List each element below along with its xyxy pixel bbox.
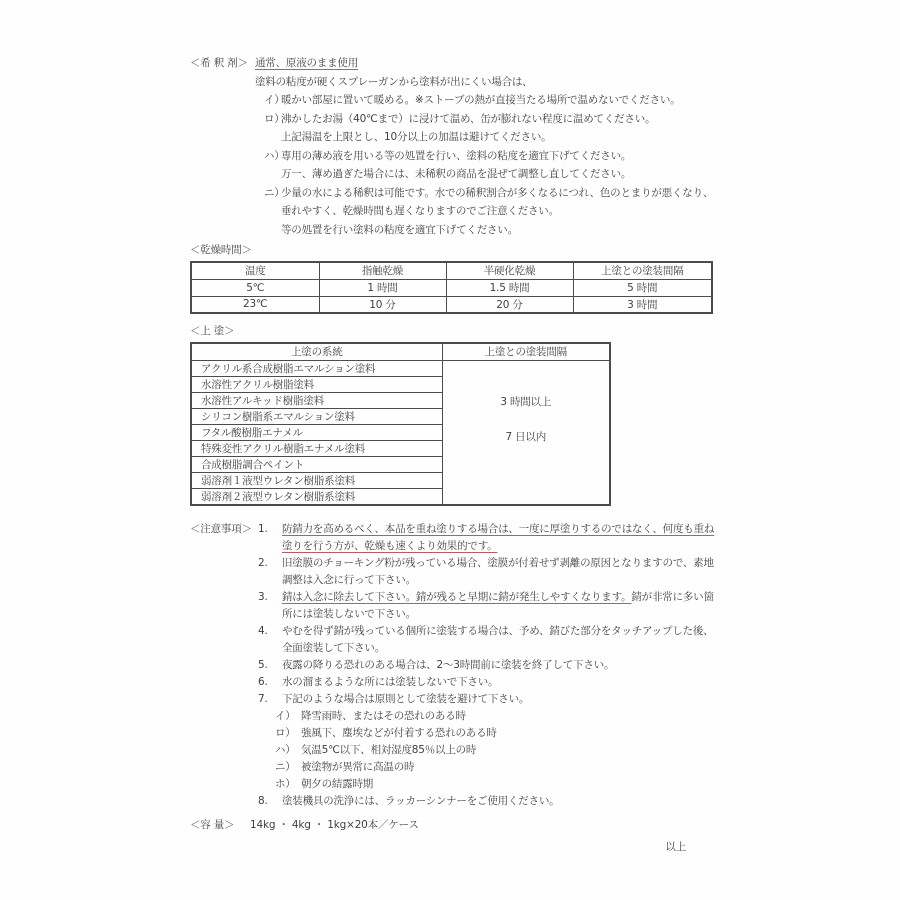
topcoat-system-cell: 合成樹脂調合ペイント xyxy=(191,456,442,472)
note-item-8-text: 塗装機具の洗浄には、ラッカーシンナーをご使用ください。 xyxy=(282,793,714,810)
drying-table-header-row: 温度 指触乾燥 半硬化乾燥 上塗との塗装間隔 xyxy=(191,262,712,279)
text-line: やむを得ず錆が残っている個所に塗装する場合は、予め、錆びた部分をタッチアップした… xyxy=(282,623,714,640)
closing-text: 以上 xyxy=(190,839,714,855)
topcoat-interval-values: 3 時間以上 7 日以内 xyxy=(443,361,610,444)
drying-header-temperature: 温度 xyxy=(191,262,319,279)
drying-cell: 1 時間 xyxy=(319,279,446,296)
drying-cell: 3 時間 xyxy=(573,296,712,313)
dilution-item-ni-marker: ニ） xyxy=(255,184,281,240)
text-line: 全面塗装して下さい。 xyxy=(282,640,714,657)
capacity-text: 14kg ・ 4kg ・ 1kg×20本／ケース xyxy=(236,817,419,833)
note-item-2-number: 2. xyxy=(258,555,282,589)
note-item-4-text: やむを得ず錆が残っている個所に塗装する場合は、予め、錆びた部分をタッチアップした… xyxy=(282,623,714,657)
topcoat-system-cell: 弱溶剤２液型ウレタン樹脂系塗料 xyxy=(191,488,442,505)
drying-header-topcoat-interval: 上塗との塗装間隔 xyxy=(573,262,712,279)
text-line: 防錆力を高めるべく、本品を重ね塗りする場合は、一度に厚塗りするのではなく、何度も… xyxy=(282,521,714,538)
drying-header-touch-dry: 指触乾燥 xyxy=(319,262,446,279)
sub-item-marker: ニ） xyxy=(275,759,301,776)
table-row: アクリル系合成樹脂エマルション塗料 3 時間以上 7 日以内 xyxy=(191,360,610,376)
sub-item-text: 朝夕の結露時期 xyxy=(301,776,373,793)
scanned-document-page: ＜希 釈 剤＞ 通常、原液のまま使用 塗料の粘度が硬くスプレーガンから塗料が出に… xyxy=(0,0,900,900)
drying-section-label: ＜乾燥時間＞ xyxy=(190,242,714,258)
underlined-text: 塗りを行う方が、乾燥も速くより効果的です。 xyxy=(282,540,497,552)
dilution-item-ro-lines: 沸かしたお湯（40℃まで）に浸けて温め、缶が膨れない程度に温めてください。 上記… xyxy=(281,110,655,147)
drying-cell: 20 分 xyxy=(446,296,573,313)
dilution-item-ha-marker: ハ） xyxy=(255,147,281,184)
note-item-5-text: 夜露の降りる恐れのある場合は、2～3時間前に塗装を終了して下さい。 xyxy=(282,657,714,674)
note-item-8: 8. 塗装機具の洗浄には、ラッカーシンナーをご使用ください。 xyxy=(258,793,714,810)
section-dilution: ＜希 釈 剤＞ 通常、原液のまま使用 塗料の粘度が硬くスプレーガンから塗料が出に… xyxy=(190,54,714,239)
note-item-7: 7. 下記のような場合は原則として塗装を避けて下さい。 xyxy=(258,691,714,708)
drying-time-table: 温度 指触乾燥 半硬化乾燥 上塗との塗装間隔 5℃ 1 時間 1.5 時間 5 … xyxy=(190,261,713,314)
drying-cell: 1.5 時間 xyxy=(446,279,573,296)
sub-item-marker: イ） xyxy=(275,708,301,725)
text-line: 上記湯温を上限とし、10分以上の加温は避けてください。 xyxy=(281,128,655,147)
drying-cell: 5℃ xyxy=(191,279,319,296)
notes-section-body: 1. 防錆力を高めるべく、本品を重ね塗りする場合は、一度に厚塗りするのではなく、… xyxy=(258,521,714,810)
section-notes: ＜注意事項＞ 1. 防錆力を高めるべく、本品を重ね塗りする場合は、一度に厚塗りす… xyxy=(190,521,714,810)
text-line: 沸かしたお湯（40℃まで）に浸けて温め、缶が膨れない程度に温めてください。 xyxy=(281,110,655,129)
underlined-text: 防錆力を高めるべく、本品を重ね塗りする場合は、一度に厚塗りするのではなく、何度も… xyxy=(282,523,714,535)
topcoat-header-interval: 上塗との塗装間隔 xyxy=(442,343,610,360)
note-item-2-text: 旧塗膜のチョーキング粉が残っている場合、塗膜が付着せず剥離の原因となりますので、… xyxy=(282,555,714,589)
text-line: 垂れやすく、乾燥時間も遅くなりますのでご注意ください。 xyxy=(281,202,713,221)
dilution-item-ni: ニ） 少量の水による稀釈は可能です。水での稀釈割合が多くなるにつれ、色のとまりが… xyxy=(255,184,713,240)
topcoat-header-system: 上塗の系統 xyxy=(191,343,442,360)
text-line: 旧塗膜のチョーキング粉が残っている場合、塗膜が付着せず剥離の原因となりますので、… xyxy=(282,555,714,572)
note-item-6-number: 6. xyxy=(258,674,282,691)
note-item-2: 2. 旧塗膜のチョーキング粉が残っている場合、塗膜が付着せず剥離の原因となります… xyxy=(258,555,714,589)
note-7-sub-item-ni: ニ） 被塗物が異常に高温の時 xyxy=(258,759,714,776)
text-line: 塗りを行う方が、乾燥も速くより効果的です。 xyxy=(282,538,714,555)
dilution-item-ha: ハ） 専用の薄め液を用いる等の処置を行い、塗料の粘度を適宜下げてください。 万一… xyxy=(255,147,713,184)
text-line: 等の処置を行い塗料の粘度を適宜下げてください。 xyxy=(281,221,713,240)
note-item-7-number: 7. xyxy=(258,691,282,708)
drying-header-semi-cured: 半硬化乾燥 xyxy=(446,262,573,279)
sub-item-text: 降雪雨時、またはその恐れのある時 xyxy=(301,708,466,725)
dilution-headline: 通常、原液のまま使用 xyxy=(255,54,713,73)
note-item-8-number: 8. xyxy=(258,793,282,810)
dilution-item-ha-lines: 専用の薄め液を用いる等の処置を行い、塗料の粘度を適宜下げてください。 万一、薄め… xyxy=(281,147,631,184)
topcoat-system-cell: 水溶性アルキッド樹脂塗料 xyxy=(191,392,442,408)
text-line: 調整は入念に行って下さい。 xyxy=(282,572,714,589)
topcoat-system-cell: 水溶性アクリル樹脂塗料 xyxy=(191,376,442,392)
topcoat-system-cell: アクリル系合成樹脂エマルション塗料 xyxy=(191,360,442,376)
drying-cell: 5 時間 xyxy=(573,279,712,296)
text-line: 専用の薄め液を用いる等の処置を行い、塗料の粘度を適宜下げてください。 xyxy=(281,147,631,166)
dilution-section-body: 通常、原液のまま使用 塗料の粘度が硬くスプレーガンから塗料が出にくい場合は、 イ… xyxy=(255,54,713,239)
text-line: 万一、薄め過ぎた場合には、未稀釈の商品を混ぜて調整し直してください。 xyxy=(281,165,631,184)
dilution-intro: 塗料の粘度が硬くスプレーガンから塗料が出にくい場合は、 xyxy=(255,73,713,92)
sub-item-text: 強風下、塵埃などが付着する恐れのある時 xyxy=(301,725,497,742)
note-item-4: 4. やむを得ず錆が残っている個所に塗装する場合は、予め、錆びた部分をタッチアッ… xyxy=(258,623,714,657)
document-content: ＜希 釈 剤＞ 通常、原液のまま使用 塗料の粘度が硬くスプレーガンから塗料が出に… xyxy=(190,54,714,855)
note-7-sub-item-ro: ロ） 強風下、塵埃などが付着する恐れのある時 xyxy=(258,725,714,742)
underlined-text: 錆は入念に除去して下さい。錆が残ると早期に錆が発生しやすくなります。 xyxy=(282,591,631,603)
note-item-1: 1. 防錆力を高めるべく、本品を重ね塗りする場合は、一度に厚塗りするのではなく、… xyxy=(258,521,714,555)
note-item-6-text: 水の溜まるような所には塗装しないで下さい。 xyxy=(282,674,714,691)
dilution-section-label: ＜希 釈 剤＞ xyxy=(190,54,255,239)
notes-section-label: ＜注意事項＞ xyxy=(190,521,258,810)
note-item-3-text: 錆は入念に除去して下さい。錆が残ると早期に錆が発生しやすくなります。錆が非常に多… xyxy=(282,589,714,623)
note-item-3-number: 3. xyxy=(258,589,282,623)
dilution-headline-text: 通常、原液のまま使用 xyxy=(255,57,358,69)
drying-cell: 10 分 xyxy=(319,296,446,313)
note-item-5: 5. 夜露の降りる恐れのある場合は、2～3時間前に塗装を終了して下さい。 xyxy=(258,657,714,674)
dilution-item-i-lines: 暖かい部屋に置いて暖める。※ストーブの熱が直接当たる場所で温めないでください。 xyxy=(281,91,680,110)
drying-cell: 23℃ xyxy=(191,296,319,313)
note-item-1-text: 防錆力を高めるべく、本品を重ね塗りする場合は、一度に厚塗りするのではなく、何度も… xyxy=(282,521,714,555)
note-item-5-number: 5. xyxy=(258,657,282,674)
plain-text: 錆が非常に多い箇 xyxy=(631,591,713,603)
table-row: 23℃ 10 分 20 分 3 時間 xyxy=(191,296,712,313)
sub-item-marker: ハ） xyxy=(275,742,301,759)
topcoat-table-header-row: 上塗の系統 上塗との塗装間隔 xyxy=(191,343,610,360)
note-item-1-number: 1. xyxy=(258,521,282,555)
note-7-sub-item-i: イ） 降雪雨時、またはその恐れのある時 xyxy=(258,708,714,725)
dilution-item-ro: ロ） 沸かしたお湯（40℃まで）に浸けて温め、缶が膨れない程度に温めてください。… xyxy=(255,110,713,147)
note-7-sub-item-ho: ホ） 朝夕の結露時期 xyxy=(258,776,714,793)
note-item-3: 3. 錆は入念に除去して下さい。錆が残ると早期に錆が発生しやすくなります。錆が非… xyxy=(258,589,714,623)
topcoat-table: 上塗の系統 上塗との塗装間隔 アクリル系合成樹脂エマルション塗料 3 時間以上 … xyxy=(190,342,611,506)
sub-item-text: 被塗物が異常に高温の時 xyxy=(301,759,414,776)
dilution-item-i-marker: イ） xyxy=(255,91,281,110)
text-line: 所には塗装しないで下さい。 xyxy=(282,606,714,623)
note-item-7-text: 下記のような場合は原則として塗装を避けて下さい。 xyxy=(282,691,714,708)
dilution-item-i: イ） 暖かい部屋に置いて暖める。※ストーブの熱が直接当たる場所で温めないでくださ… xyxy=(255,91,713,110)
dilution-item-ro-marker: ロ） xyxy=(255,110,281,147)
topcoat-system-cell: 弱溶剤１液型ウレタン樹脂系塗料 xyxy=(191,472,442,488)
sub-item-marker: ロ） xyxy=(275,725,301,742)
topcoat-system-cell: シリコン樹脂系エマルション塗料 xyxy=(191,408,442,424)
topcoat-interval-max: 7 日以内 xyxy=(505,429,546,444)
note-item-4-number: 4. xyxy=(258,623,282,657)
section-capacity: ＜容 量＞ 14kg ・ 4kg ・ 1kg×20本／ケース xyxy=(190,817,714,833)
capacity-section-label: ＜容 量＞ xyxy=(190,817,236,833)
note-item-6: 6. 水の溜まるような所には塗装しないで下さい。 xyxy=(258,674,714,691)
topcoat-system-cell: フタル酸樹脂エナメル xyxy=(191,424,442,440)
topcoat-interval-cell: 3 時間以上 7 日以内 xyxy=(442,360,610,505)
topcoat-system-cell: 特殊変性アクリル樹脂エナメル塗料 xyxy=(191,440,442,456)
sub-item-text: 気温5℃以下、相対湿度85％以上の時 xyxy=(301,742,476,759)
table-row: 5℃ 1 時間 1.5 時間 5 時間 xyxy=(191,279,712,296)
text-line: 少量の水による稀釈は可能です。水での稀釈割合が多くなるにつれ、色のとまりが悪くな… xyxy=(281,184,713,203)
note-7-sub-item-ha: ハ） 気温5℃以下、相対湿度85％以上の時 xyxy=(258,742,714,759)
text-line: 錆は入念に除去して下さい。錆が残ると早期に錆が発生しやすくなります。錆が非常に多… xyxy=(282,589,714,606)
text-line: 暖かい部屋に置いて暖める。※ストーブの熱が直接当たる場所で温めないでください。 xyxy=(281,91,680,110)
topcoat-interval-min: 3 時間以上 xyxy=(500,394,551,409)
dilution-item-ni-lines: 少量の水による稀釈は可能です。水での稀釈割合が多くなるにつれ、色のとまりが悪くな… xyxy=(281,184,713,240)
sub-item-marker: ホ） xyxy=(275,776,301,793)
topcoat-section-label: ＜上 塗＞ xyxy=(190,323,714,339)
